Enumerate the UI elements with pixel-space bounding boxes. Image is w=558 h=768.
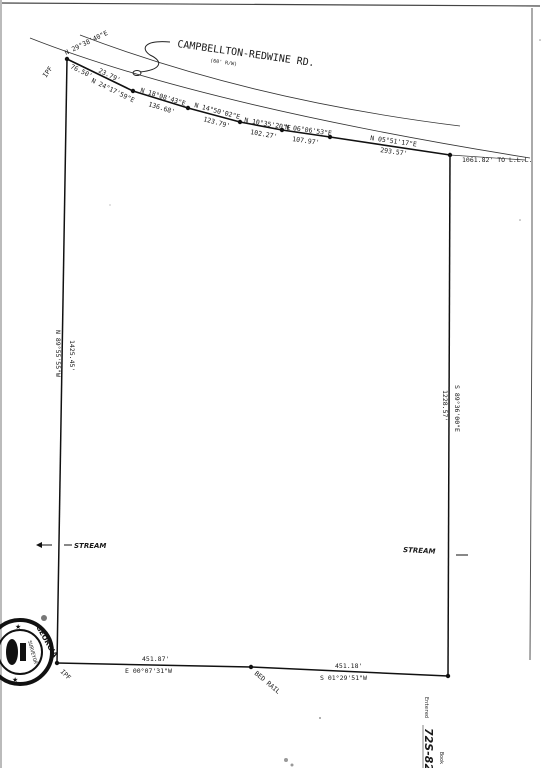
south-west-bearing: E 00°07'31"W: [125, 667, 172, 675]
east-line-distance: 1228.57': [441, 390, 449, 421]
svg-text:GEORGIA: GEORGIA: [34, 624, 59, 659]
south-east-distance: 451.18': [335, 662, 362, 670]
svg-text:Book: Book: [438, 752, 444, 764]
west-line-distance: 1425.45': [68, 340, 76, 371]
svg-text:72S-82: 72S-82: [422, 728, 435, 768]
stream-label-west: STREAM: [74, 542, 106, 550]
svg-text:★: ★: [15, 623, 21, 631]
south-east-bearing: S 01°29'51"W: [320, 674, 367, 682]
svg-text:107.97': 107.97': [292, 135, 320, 147]
west-line-bearing: N 89°55'55"W: [54, 330, 62, 377]
road-leader: [140, 42, 170, 72]
scan-noise: [109, 39, 540, 766]
survey-plat: CAMPBELLTON-REDWINE RD. (60' R/W) IPF IP…: [0, 0, 558, 768]
ipf-label-nw: IPF: [41, 65, 54, 79]
south-west-distance: 451.87': [142, 655, 169, 663]
svg-text:SURVEYOR: SURVEYOR: [26, 640, 38, 666]
east-line-bearing: S 89°36'00"E: [453, 385, 461, 432]
surveyor-seal: GEORGIA SURVEYOR ★ ★: [0, 620, 59, 684]
svg-text:★: ★: [12, 676, 18, 684]
svg-text:Entered: Entered: [423, 697, 429, 718]
svg-text:102.27': 102.27': [250, 128, 278, 141]
margin-note: Entered 72S-82 Book: [422, 697, 444, 768]
road-row-width: (60' R/W): [210, 58, 238, 68]
tie-note: 1061.82' TO L.L.L.: [462, 156, 532, 164]
seal-smudge: [41, 615, 47, 621]
bed-rail-label: BED RAIL: [253, 669, 282, 695]
page-top-edge: [0, 3, 540, 6]
road-row-line-north: [80, 35, 460, 126]
stream-west: STREAM: [36, 542, 106, 550]
stream-east: STREAM: [403, 546, 468, 556]
page-right-edge: [530, 8, 532, 660]
ipf-label-sw: IPF: [59, 668, 73, 682]
road-name: CAMPBELLTON-REDWINE RD.: [177, 39, 316, 69]
stream-label-east: STREAM: [403, 546, 436, 556]
